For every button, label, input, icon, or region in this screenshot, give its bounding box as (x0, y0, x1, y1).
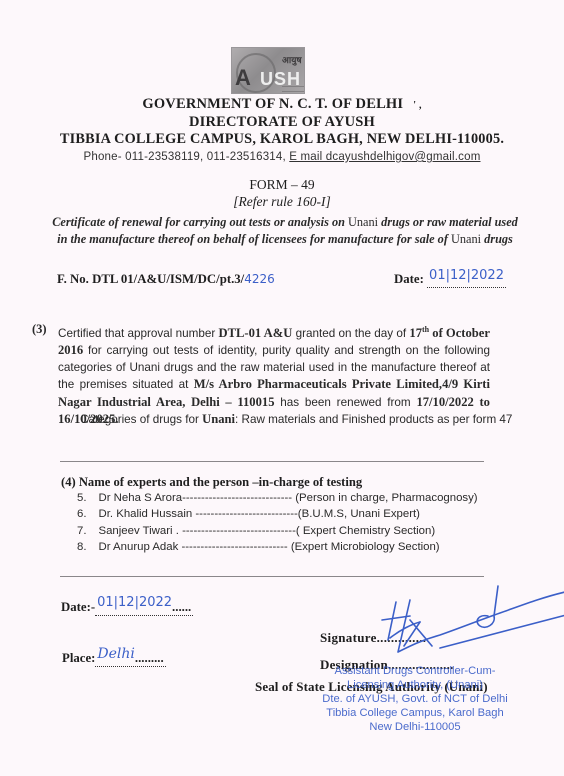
s3-text-4: has been renewed from (275, 396, 417, 409)
expert-role: (B.U.M.S, Unani Expert) (298, 508, 420, 520)
s3-text-2: granted on the day of (292, 327, 409, 340)
expert-name: Dr Anurup Adak (99, 541, 179, 553)
expert-leader: ---------------------------- (178, 541, 287, 553)
official-stamp: Assistant Drugs Controller-Cum- Licensin… (320, 664, 510, 734)
expert-role: (Expert Microbiology Section) (288, 541, 440, 553)
header-directorate: DIRECTORATE OF AYUSH (0, 114, 564, 131)
expert-name: Dr Neha S Arora (99, 492, 183, 504)
expert-leader: --------------------------- (192, 508, 298, 520)
stamp-line: Dte. of AYUSH, Govt. of NCT of Delhi (320, 692, 510, 706)
expert-item: 5.Dr Neha S Arora-----------------------… (77, 490, 478, 506)
expert-leader: ------------------------------ (179, 525, 296, 537)
stray-mark: ' , (413, 100, 421, 111)
stamp-line: Licensing Authority, (Unani) (320, 678, 510, 692)
expert-number: 7. (77, 523, 87, 539)
expert-leader: ----------------------------- (182, 492, 292, 504)
place-field: Delhi......... (95, 650, 165, 667)
cert-unani-2: Unani (451, 232, 481, 246)
categories-unani: Unani (202, 412, 235, 426)
s3-text-1: Certified that approval number (58, 327, 219, 340)
drug-categories: Categories of drugs for Unani: Raw mater… (80, 412, 512, 427)
stamp-line: New Delhi-110005 (320, 720, 510, 734)
ayush-logo: A USH आयुष (231, 47, 305, 94)
stamp-line: Tibbia College Campus, Karol Bagh (320, 706, 510, 720)
expert-role: (Person in charge, Pharmacognosy) (292, 492, 478, 504)
signing-date-handwritten: 01|12|2022 (97, 595, 172, 610)
signing-date: Date:-01|12|2022...... (61, 600, 193, 616)
logo-letter-a: A (235, 65, 251, 91)
logo-hindi-text: आयुष (282, 53, 302, 66)
place-handwritten: Delhi (97, 646, 134, 662)
place-label: Place: (62, 651, 95, 665)
experts-list: 5.Dr Neha S Arora-----------------------… (77, 490, 478, 555)
issue-date-label: Date: (394, 272, 427, 286)
handwritten-signature-icon (370, 580, 564, 660)
header-phone: Phone- 011-23538119, 011-23516314, (83, 149, 289, 163)
signing-date-field: 01|12|2022...... (95, 600, 193, 616)
file-number: F. No. DTL 01/A&U/ISM/DC/pt.3/4226 (57, 272, 275, 287)
file-number-label: F. No. DTL 01/A&U/ISM/DC/pt.3/ (57, 272, 244, 286)
divider (60, 461, 484, 462)
issue-date-handwritten: 01|12|2022 (429, 268, 504, 283)
categories-value: : Raw materials and Finished products as… (235, 413, 512, 426)
cert-text-3: drugs (481, 232, 513, 246)
expert-item: 8.Dr Anurup Adak -----------------------… (77, 539, 478, 555)
header-government: GOVERNMENT OF N. C. T. OF DELHI' , (0, 96, 564, 113)
grant-day: 17 (409, 326, 422, 340)
approval-number: DTL-01 A&U (219, 326, 293, 340)
certificate-description: Certificate of renewal for carrying out … (50, 214, 520, 248)
expert-number: 8. (77, 539, 87, 555)
signing-place: Place:Delhi......... (62, 650, 166, 667)
header-address: TIBBIA COLLEGE CAMPUS, KAROL BAGH, NEW D… (0, 131, 564, 148)
expert-number: 6. (77, 506, 87, 522)
stamp-line: Assistant Drugs Controller-Cum- (320, 664, 510, 678)
divider (60, 576, 484, 577)
section-4-title: (4) Name of experts and the person –in-c… (61, 475, 362, 490)
categories-label: Categories of drugs for (80, 413, 202, 426)
cert-unani-1: Unani (348, 215, 378, 229)
file-number-handwritten: 4226 (244, 272, 275, 286)
form-title: FORM – 49 (0, 177, 564, 193)
expert-name: Sanjeev Tiwari . (99, 525, 179, 537)
expert-number: 5. (77, 490, 87, 506)
expert-role: ( Expert Chemistry Section) (296, 525, 435, 537)
header-government-text: GOVERNMENT OF N. C. T. OF DELHI (142, 96, 403, 112)
logo-subtext (282, 86, 304, 92)
header-email-link[interactable]: E mail dcayushdelhigov@gmail.com (289, 149, 480, 163)
issue-date-field: 01|12|2022 (427, 272, 506, 288)
issue-date: Date: 01|12|2022 (394, 272, 506, 288)
expert-item: 6.Dr. Khalid Hussain -------------------… (77, 506, 478, 522)
header-contact: Phone- 011-23538119, 011-23516314, E mai… (20, 149, 545, 163)
expert-name: Dr. Khalid Hussain (99, 508, 193, 520)
expert-item: 7.Sanjeev Tiwari . ---------------------… (77, 523, 478, 539)
cert-text-1: Certificate of renewal for carrying out … (52, 215, 348, 229)
form-rule-reference: [Refer rule 160-I] (0, 194, 564, 210)
signing-date-label: Date:- (61, 600, 95, 614)
section-3-number: (3) (32, 321, 47, 338)
